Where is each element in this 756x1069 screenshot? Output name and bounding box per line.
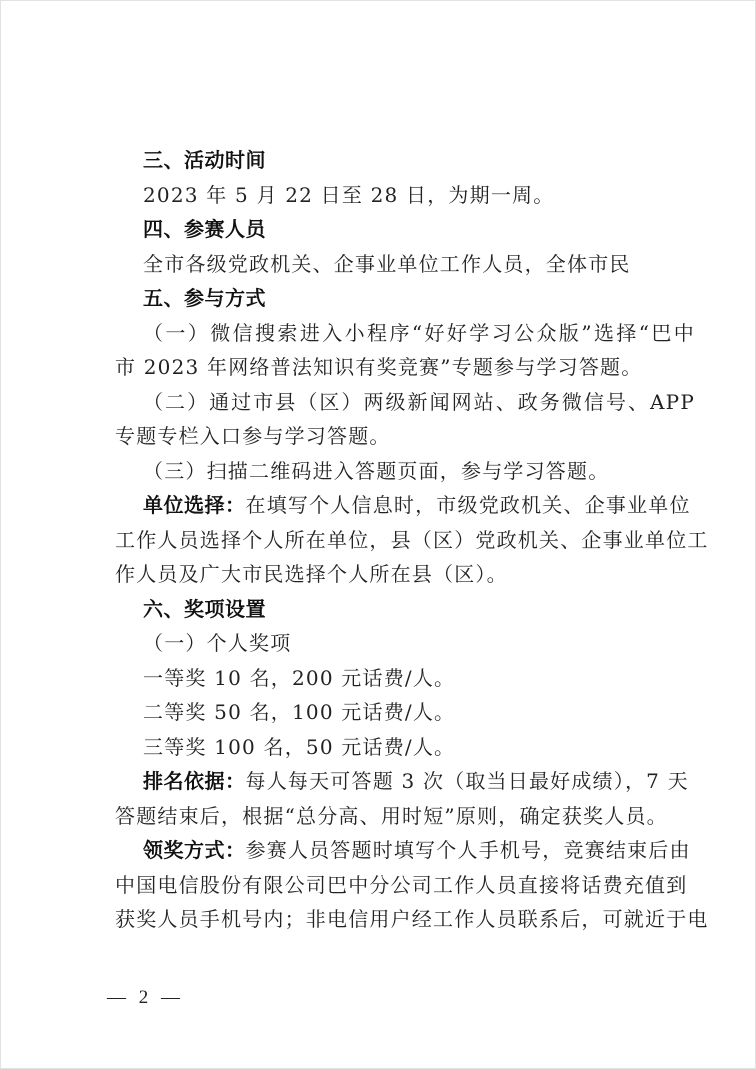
- unit-selection-label: 单位选择：: [143, 493, 246, 517]
- ranking-basis-text-1: 每人每天可答题 3 次（取当日最好成绩），7 天: [246, 769, 689, 793]
- claim-method-text-1: 参赛人员答题时填写个人手机号，竞赛结束后由: [246, 838, 691, 862]
- section-heading-participation-method: 五、参与方式: [115, 281, 695, 316]
- prize-second: 二等奖 50 名，100 元话费/人。: [115, 695, 695, 730]
- claim-method-line-2: 中国电信股份有限公司巴中分公司工作人员直接将话费充值到: [115, 868, 695, 903]
- section-heading-awards: 六、奖项设置: [115, 592, 695, 627]
- method-item-1-line-1: （一）微信搜索进入小程序“好好学习公众版”选择“巴中: [115, 316, 695, 351]
- claim-method-label: 领奖方式：: [143, 838, 246, 862]
- document-page: 三、活动时间 2023 年 5 月 22 日至 28 日，为期一周。 四、参赛人…: [0, 0, 756, 1069]
- unit-selection-text-1: 在填写个人信息时，市级党政机关、企事业单位: [246, 493, 691, 517]
- activity-time-text: 2023 年 5 月 22 日至 28 日，为期一周。: [115, 178, 695, 213]
- section-heading-activity-time: 三、活动时间: [115, 143, 695, 178]
- unit-selection-line-1: 单位选择：在填写个人信息时，市级党政机关、企事业单位: [115, 488, 695, 523]
- method-item-2-line-2: 专题专栏入口参与学习答题。: [115, 419, 695, 454]
- page-number: — 2 —: [107, 987, 184, 1009]
- method-item-1-line-2: 市 2023 年网络普法知识有奖竞赛”专题参与学习答题。: [115, 350, 695, 385]
- ranking-basis-line-1: 排名依据：每人每天可答题 3 次（取当日最好成绩），7 天: [115, 764, 695, 799]
- method-item-3: （三）扫描二维码进入答题页面，参与学习答题。: [115, 454, 695, 489]
- ranking-basis-line-2: 答题结束后，根据“总分高、用时短”原则，确定获奖人员。: [115, 799, 695, 834]
- section-heading-participants: 四、参赛人员: [115, 212, 695, 247]
- prize-third: 三等奖 100 名，50 元话费/人。: [115, 730, 695, 765]
- unit-selection-line-3: 作人员及广大市民选择个人所在县（区）。: [115, 557, 695, 592]
- document-body: 三、活动时间 2023 年 5 月 22 日至 28 日，为期一周。 四、参赛人…: [115, 143, 695, 937]
- ranking-basis-label: 排名依据：: [143, 769, 246, 793]
- method-item-2-line-1: （二）通过市县（区）两级新闻网站、政务微信号、APP: [115, 385, 695, 420]
- participants-text: 全市各级党政机关、企事业单位工作人员，全体市民: [115, 247, 695, 282]
- unit-selection-line-2: 工作人员选择个人所在单位，县（区）党政机关、企事业单位工: [115, 523, 695, 558]
- claim-method-line-1: 领奖方式：参赛人员答题时填写个人手机号，竞赛结束后由: [115, 833, 695, 868]
- claim-method-line-3: 获奖人员手机号内；非电信用户经工作人员联系后，可就近于电: [115, 902, 695, 937]
- awards-subheading-individual: （一）个人奖项: [115, 626, 695, 661]
- prize-first: 一等奖 10 名，200 元话费/人。: [115, 661, 695, 696]
